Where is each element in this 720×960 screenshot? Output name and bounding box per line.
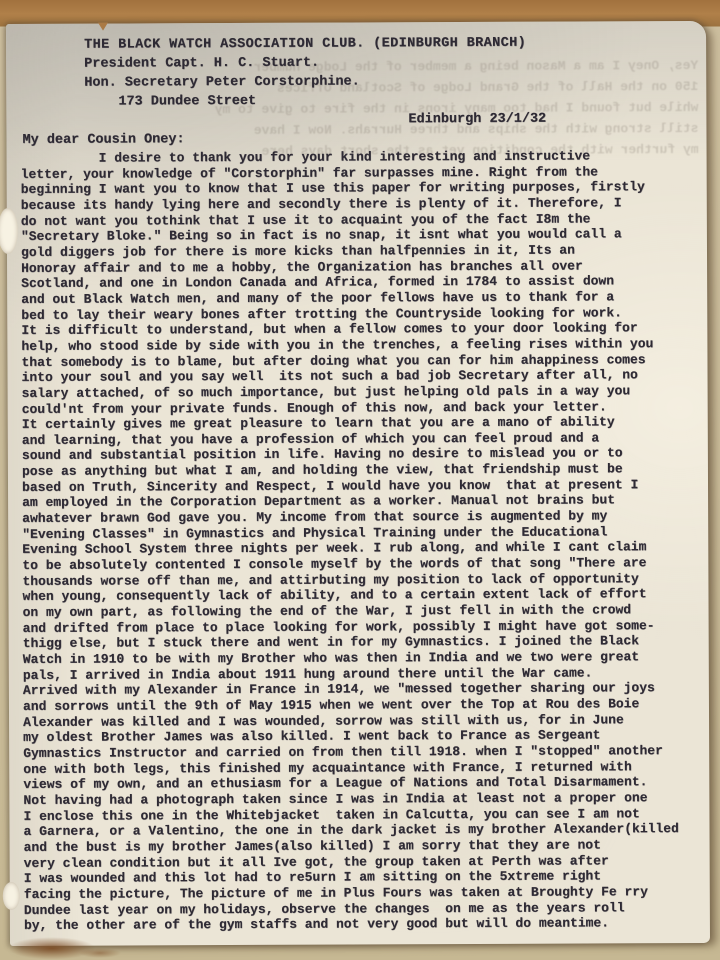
letter-line: by, the other are of the gym staffs and … <box>24 915 702 934</box>
letter-line: Watch in 1910 to be with my Brother who … <box>23 649 701 668</box>
salutation-line: My dear Cousin Oney: <box>20 128 698 150</box>
paper-hole <box>3 882 20 910</box>
letter-body: I desire to thank you for your kind inte… <box>21 148 702 934</box>
letter-line: "Secretary Bloke." Being so in fact is n… <box>21 226 699 245</box>
letter-sheet: THE BLACK WATCH ASSOCIATION CLUB. (EDINB… <box>6 21 710 946</box>
stain <box>70 946 130 960</box>
letter-page: Yes, Oney I am a Mason being a member of… <box>6 21 710 946</box>
letter-line: because its handy lying here and secondl… <box>21 195 699 214</box>
photo-backing: Yes, Oney I am a Mason being a member of… <box>0 0 720 960</box>
